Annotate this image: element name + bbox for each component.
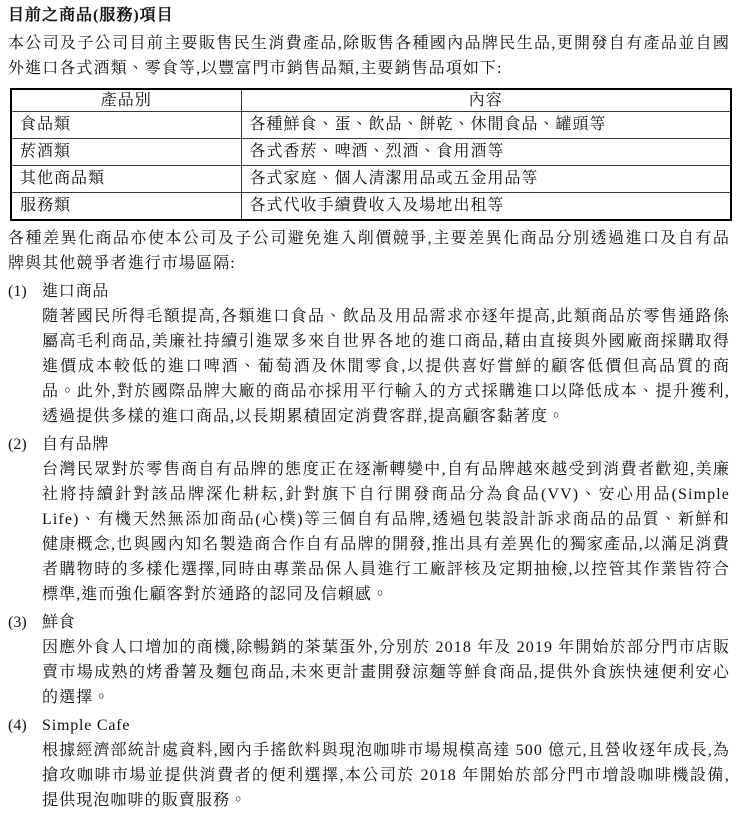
table-row: 菸酒類 各式香菸、啤酒、烈酒、食用酒等 (11, 139, 731, 166)
table-row: 服務類 各式代收手續費收入及場地出租等 (11, 193, 731, 221)
after-table-paragraph: 各種差異化商品亦使本公司及子公司避免進入削價競爭,主要差異化商品分別透過進口及自… (8, 226, 730, 276)
product-type-cell: 服務類 (11, 193, 241, 221)
section-heading-row: (1) 進口商品 (8, 279, 730, 304)
column-header-content: 內容 (241, 89, 731, 112)
products-table: 產品別 內容 食品類 各種鮮食、蛋、飲品、餅乾、休閒食品、罐頭等 菸酒類 各式香… (10, 88, 732, 221)
table-row: 食品類 各種鮮食、蛋、飲品、餅乾、休閒食品、罐頭等 (11, 112, 731, 139)
section-private-brand: (2) 自有品牌 台灣民眾對於零售商自有品牌的態度正在逐漸轉變中,自有品牌越來越… (8, 432, 730, 607)
section-body: 因應外食人口增加的商機,除暢銷的茶葉蛋外,分別於 2018 年及 2019 年開… (42, 635, 730, 710)
section-heading: 鮮食 (42, 610, 76, 635)
content-cell: 各種鮮食、蛋、飲品、餅乾、休閒食品、罐頭等 (241, 112, 731, 139)
section-heading: 進口商品 (42, 279, 109, 304)
intro-paragraph: 本公司及子公司目前主要販售民生消費產品,除販售各種國內品牌民生品,更開發自有產品… (8, 31, 730, 81)
section-number: (4) (8, 713, 42, 738)
page-title: 目前之商品(服務)項目 (8, 4, 730, 28)
section-number: (3) (8, 610, 42, 635)
section-heading-row: (3) 鮮食 (8, 610, 730, 635)
section-body: 隨著國民所得毛額提高,各類進口食品、飲品及用品需求亦逐年提高,此類商品於零售通路… (42, 304, 730, 429)
section-heading-row: (4) Simple Cafe (8, 713, 730, 738)
section-body: 台灣民眾對於零售商自有品牌的態度正在逐漸轉變中,自有品牌越來越受到消費者歡迎,美… (42, 457, 730, 607)
section-heading: 自有品牌 (42, 432, 109, 457)
section-body: 根據經濟部統計處資料,國內手搖飲料與現泡咖啡市場規模高達 500 億元,且營收逐… (42, 738, 730, 813)
table-header-row: 產品別 內容 (11, 89, 731, 112)
product-type-cell: 菸酒類 (11, 139, 241, 166)
section-heading-row: (2) 自有品牌 (8, 432, 730, 457)
content-cell: 各式代收手續費收入及場地出租等 (241, 193, 731, 221)
column-header-product-type: 產品別 (11, 89, 241, 112)
section-fresh-food: (3) 鮮食 因應外食人口增加的商機,除暢銷的茶葉蛋外,分別於 2018 年及 … (8, 610, 730, 710)
table-row: 其他商品類 各式家庭、個人清潔用品或五金用品等 (11, 166, 731, 193)
section-heading: Simple Cafe (42, 713, 130, 738)
content-cell: 各式香菸、啤酒、烈酒、食用酒等 (241, 139, 731, 166)
section-imported-goods: (1) 進口商品 隨著國民所得毛額提高,各類進口食品、飲品及用品需求亦逐年提高,… (8, 279, 730, 429)
section-simple-cafe: (4) Simple Cafe 根據經濟部統計處資料,國內手搖飲料與現泡咖啡市場… (8, 713, 730, 813)
content-cell: 各式家庭、個人清潔用品或五金用品等 (241, 166, 731, 193)
section-number: (2) (8, 432, 42, 457)
product-type-cell: 其他商品類 (11, 166, 241, 193)
product-type-cell: 食品類 (11, 112, 241, 139)
section-number: (1) (8, 279, 42, 304)
document-page: 目前之商品(服務)項目 本公司及子公司目前主要販售民生消費產品,除販售各種國內品… (0, 0, 740, 819)
